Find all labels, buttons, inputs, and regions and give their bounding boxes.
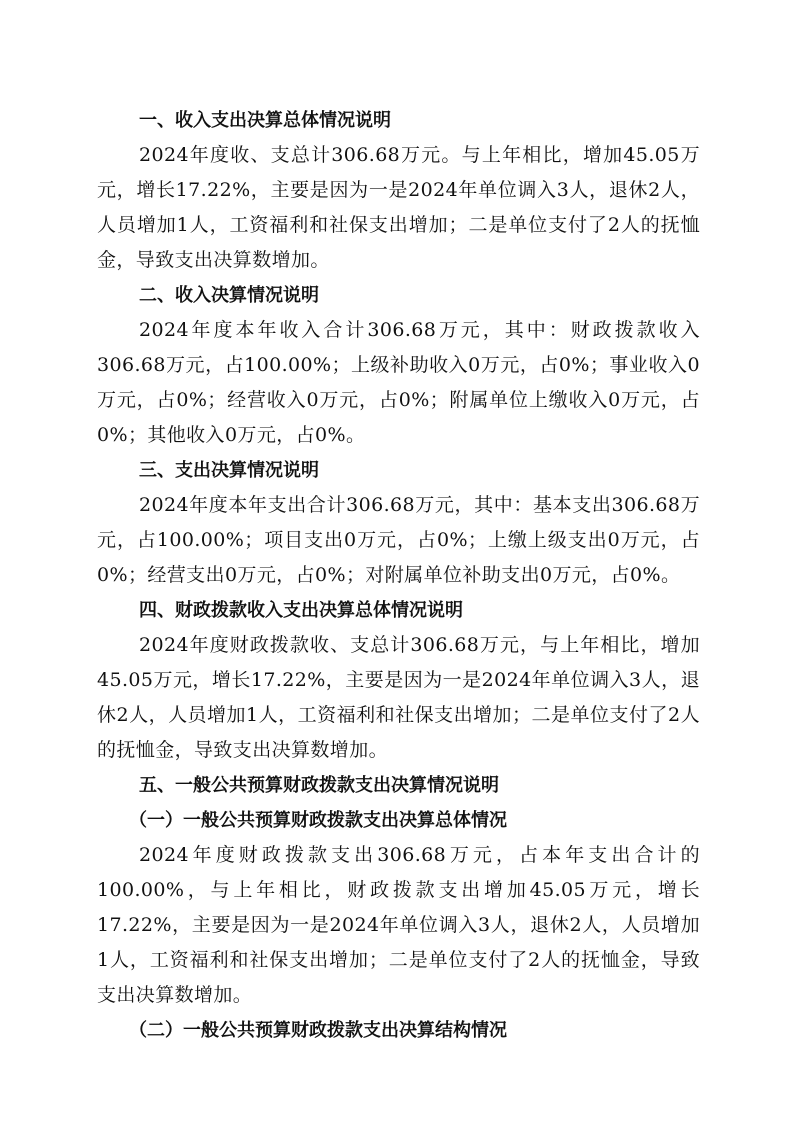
section-heading-4: 四、财政拨款收入支出决算总体情况说明 [97,593,700,628]
section-heading-5: 五、一般公共预算财政拨款支出决算情况说明 [97,768,700,803]
subsection-body-5-1: 2024年度财政拨款支出306.68万元，占本年支出合计的100.00%，与上年… [97,838,700,1013]
section-body-3: 2024年度本年支出合计306.68万元，其中：基本支出306.68万元，占10… [97,488,700,593]
subsection-heading-5-1: （一）一般公共预算财政拨款支出决算总体情况 [97,803,700,838]
section-body-1: 2024年度收、支总计306.68万元。与上年相比，增加45.05万元，增长17… [97,138,700,278]
document-page: 一、收入支出决算总体情况说明 2024年度收、支总计306.68万元。与上年相比… [97,103,700,1048]
section-heading-2: 二、收入决算情况说明 [97,278,700,313]
section-heading-3: 三、支出决算情况说明 [97,453,700,488]
section-body-2: 2024年度本年收入合计306.68万元，其中：财政拨款收入306.68万元，占… [97,313,700,453]
section-body-4: 2024年度财政拨款收、支总计306.68万元，与上年相比，增加45.05万元，… [97,628,700,768]
section-heading-1: 一、收入支出决算总体情况说明 [97,103,700,138]
subsection-heading-5-2: （二）一般公共预算财政拨款支出决算结构情况 [97,1013,700,1048]
